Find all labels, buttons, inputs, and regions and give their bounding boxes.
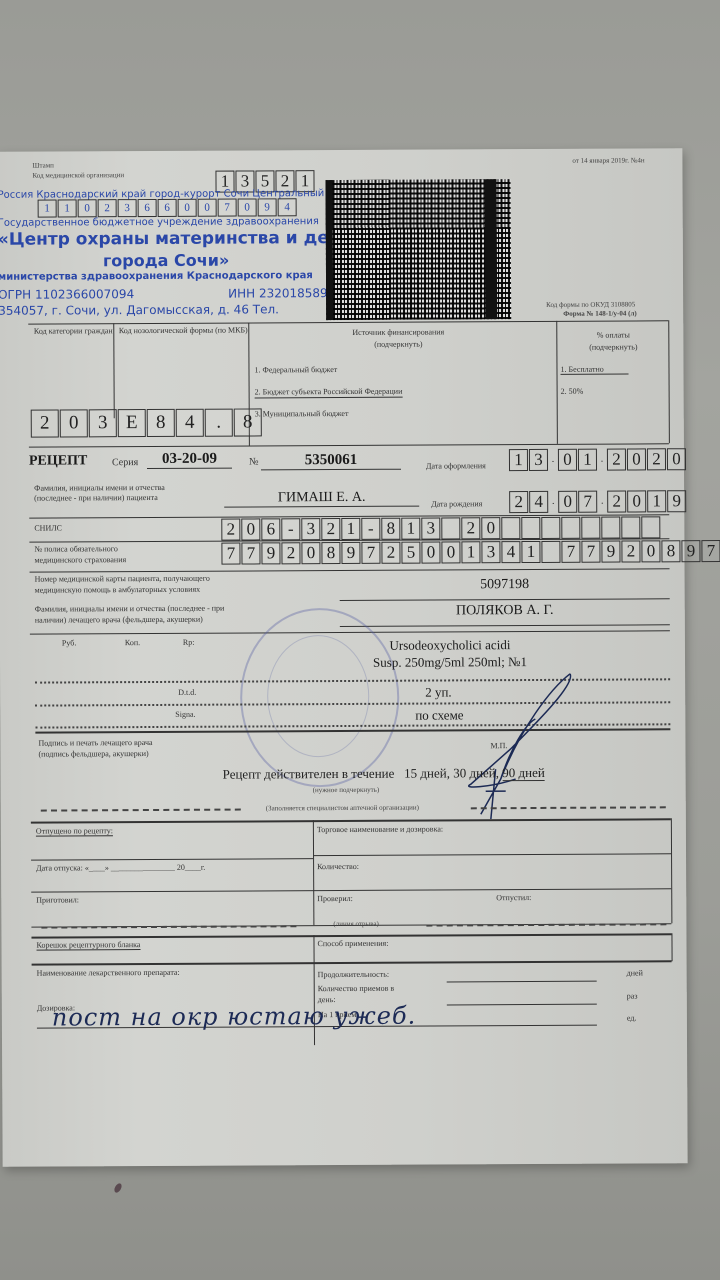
snils-digit <box>601 517 620 539</box>
policy-digit: 1 <box>521 541 540 563</box>
ogrn-digit: 0 <box>178 199 197 217</box>
card-label-1: Номер медицинской карты пациента, получа… <box>35 574 210 584</box>
cut-line-label: (линия отрыва) <box>333 920 378 928</box>
date-digit: 3 <box>529 449 548 471</box>
snils-digit: 8 <box>381 518 400 540</box>
policy-digit: 7 <box>241 542 260 564</box>
policy-digit: 2 <box>381 542 400 564</box>
patient-name: ГИМАШ Е. А. <box>224 490 419 508</box>
policy-cells: 779208972500134177920897 <box>221 540 720 565</box>
stamp-inn: ИНН 232018589 <box>228 286 328 301</box>
okud-code: Код формы по ОКУД 3108805 <box>546 300 635 308</box>
prepared-label: Приготовил: <box>36 895 79 904</box>
financing-subtitle: (подчеркнуть) <box>298 339 498 349</box>
code-digit: 3 <box>89 409 117 437</box>
snils-digit: 1 <box>401 518 420 540</box>
ogrn-digit: 0 <box>238 198 257 216</box>
date-digit: 1 <box>509 449 528 471</box>
patient-label-2: (последнее - при наличии) пациента <box>34 493 158 503</box>
code-digit: 8 <box>147 409 175 437</box>
dispense-date-label: Дата отпуска: «____» ________________ 20… <box>36 863 205 873</box>
number-label: № <box>249 456 259 467</box>
snils-digit <box>641 516 660 538</box>
rp-label: Rp: <box>183 638 195 647</box>
ogrn-digit: 6 <box>158 199 177 217</box>
stamp-ogrn: ОГРН 1102366007094 <box>0 287 134 302</box>
validity-label: Рецепт действителен в течение <box>223 766 395 782</box>
code-digit: . <box>205 409 233 437</box>
snils-digit <box>521 517 540 539</box>
policy-digit: 7 <box>701 540 720 562</box>
round-seal-stamp <box>240 608 400 788</box>
policy-digit: 2 <box>281 542 300 564</box>
patient-label-1: Фамилия, инициалы имени и отчества <box>34 483 165 493</box>
date-digit: 0 <box>558 449 577 471</box>
policy-digit <box>541 541 560 563</box>
payment-subtitle: (подчеркнуть) <box>563 342 663 352</box>
drug-name-label: Наименование лекарственного препарата: <box>37 968 180 978</box>
code-digit: 0 <box>60 409 88 437</box>
debris-spot <box>113 1182 123 1194</box>
signature-label-1: Подпись и печать лечащего врача <box>38 738 152 748</box>
financing-option-federal: 1. Федеральный бюджет <box>254 365 337 374</box>
doctor-label-1: Фамилия, инициалы имени и отчества (посл… <box>35 604 225 614</box>
snils-digit: 2 <box>321 518 340 540</box>
snils-label: СНИЛС <box>34 523 62 532</box>
snils-digit: 6 <box>261 518 280 540</box>
validity-option-30: 30 дней, <box>453 765 499 780</box>
date-digit: 2 <box>607 491 626 513</box>
policy-digit: 0 <box>641 540 660 562</box>
duration-unit: дней <box>627 968 643 977</box>
signa-label: Signa. <box>175 710 195 719</box>
policy-digit: 7 <box>221 543 240 565</box>
policy-digit: 7 <box>361 542 380 564</box>
policy-digit: 7 <box>581 541 600 563</box>
prescription-form: Штамп Код медицинской организации 1 3 5 … <box>0 148 688 1167</box>
financing-option-municipal: 3. Муниципальный бюджет <box>255 409 349 418</box>
snils-digit: 0 <box>481 517 500 539</box>
method-label: Способ применения: <box>317 939 388 948</box>
birth-date-cells: 2 4 . 0 7 . 2 0 1 9 <box>509 490 687 513</box>
per-dose-unit: ед. <box>627 1013 637 1022</box>
trade-name-label: Торговое наименование и дозировка: <box>317 824 443 834</box>
quantity-label: Количество: <box>317 862 359 871</box>
ogrn-digit: 6 <box>138 199 157 217</box>
checked-label: Проверил: <box>317 894 353 903</box>
validity-text: Рецепт действителен в течение 15 дней, 3… <box>223 765 545 783</box>
stamp-institution-type: Государственное бюджетное учреждение здр… <box>0 216 319 229</box>
policy-digit: 9 <box>681 540 700 562</box>
issue-date-cells: 1 3 . 0 1 . 2 0 2 0 <box>509 448 687 471</box>
prescription-title: РЕЦЕПТ <box>29 453 87 469</box>
policy-label-2: медицинского страхования <box>34 555 126 564</box>
snils-digit <box>581 517 600 539</box>
times-unit: раз <box>627 991 638 1000</box>
pharmacy-note: (Заполняется специалистом аптечной орган… <box>266 804 419 813</box>
date-digit: 9 <box>667 490 686 512</box>
code-cells: 2 0 3 E 8 4 . 8 <box>31 408 263 437</box>
policy-digit: 8 <box>321 542 340 564</box>
stamp-label: Штамп <box>32 162 54 170</box>
policy-digit: 4 <box>501 541 520 563</box>
number-value: 5350061 <box>261 452 401 471</box>
snils-digit: 2 <box>221 519 240 541</box>
snils-digit: - <box>361 518 380 540</box>
date-digit: 1 <box>578 449 597 471</box>
ogrn-digit: 3 <box>118 199 137 217</box>
order-reference: от 14 января 2019г. №4н <box>572 156 644 164</box>
code-digit: E <box>118 409 146 437</box>
doctor-label-2: наличии) лечащего врача (фельдшера, акуш… <box>35 615 203 625</box>
policy-label-1: № полиса обязательного <box>34 544 117 553</box>
policy-digit: 8 <box>661 540 680 562</box>
validity-note: (нужное подчеркнуть) <box>313 786 380 794</box>
kop-label: Коп. <box>125 638 140 647</box>
policy-digit: 9 <box>601 541 620 563</box>
stamp-ministry: министерства здравоохранения Краснодарск… <box>0 270 313 283</box>
datamatrix-barcode <box>326 179 512 320</box>
snils-digit: 1 <box>341 518 360 540</box>
payment-option-free: 1. Бесплатно <box>560 364 628 374</box>
snils-digit <box>621 516 640 538</box>
doctor-name: ПОЛЯКОВ А. Г. <box>340 602 670 627</box>
ogrn-digit: 9 <box>258 198 277 216</box>
policy-digit: 0 <box>301 542 320 564</box>
form-number: Форма № 148-1/у-04 (л) <box>563 309 637 317</box>
stamp-institution-name: «Центр охраны материнства и детства <box>0 228 381 250</box>
stamp-address: 354057, г. Сочи, ул. Дагомысская, д. 46 … <box>0 302 279 317</box>
doctor-signature <box>440 669 581 820</box>
card-label-2: медицинскую помощь в амбулаторных услови… <box>35 585 201 595</box>
handwritten-note: пост на окр юстаю ужеб. <box>52 1002 416 1032</box>
series-value: 03-20-09 <box>147 451 232 469</box>
policy-digit: 5 <box>401 542 420 564</box>
ogrn-digit: 1 <box>38 199 57 217</box>
series-label: Серия <box>112 457 138 468</box>
signature-label-2: (подпись фельдшера, акушерки) <box>38 749 148 759</box>
date-digit: 4 <box>529 491 548 513</box>
date-digit: 7 <box>578 491 597 513</box>
date-digit: 0 <box>627 448 646 470</box>
dispensed-label: Отпущено по рецепту: <box>36 826 113 836</box>
rub-label: Руб. <box>62 638 76 647</box>
card-number: 5097198 <box>340 576 670 601</box>
payment-title: % оплаты <box>563 330 663 340</box>
dtd-label: D.t.d. <box>178 688 196 697</box>
financing-title: Источник финансирования <box>298 327 498 337</box>
policy-digit: 9 <box>341 542 360 564</box>
snils-cells: 206-321-81320 <box>221 516 661 540</box>
drug-name: Ursodeoxycholici acidi <box>320 637 580 654</box>
policy-digit: 0 <box>421 541 440 563</box>
ogrn-digit: 4 <box>278 198 297 216</box>
code-digit: 2 <box>31 409 59 437</box>
ogrn-digit: 1 <box>58 199 77 217</box>
financing-option-regional: 2. Бюджет субъекта Российской Федерации <box>255 387 403 399</box>
nosology-code-label: Код нозологической формы (по МКБ) <box>118 325 248 335</box>
payment-option-50: 2. 50% <box>561 387 584 396</box>
date-digit: 2 <box>509 491 528 513</box>
ogrn-digit: 0 <box>78 199 97 217</box>
ogrn-digit: 2 <box>98 199 117 217</box>
issue-date-label: Дата оформления <box>426 461 486 470</box>
snils-digit: 3 <box>301 518 320 540</box>
times-label-1: Количество приемов в <box>318 984 394 993</box>
ogrn-digit: 7 <box>218 199 237 217</box>
stamp-city: города Сочи» <box>103 251 229 271</box>
validity-option-15: 15 дней, <box>404 765 450 780</box>
policy-digit: 0 <box>441 541 460 563</box>
ogrn-cells: 1 1 0 2 3 6 6 0 0 7 0 9 4 <box>38 198 298 217</box>
date-digit: 0 <box>558 491 577 513</box>
released-label: Отпустил: <box>496 893 531 902</box>
code-digit: 4 <box>176 409 204 437</box>
snils-digit: 0 <box>241 518 260 540</box>
category-code-label: Код категории граждан <box>33 326 113 335</box>
duration-label: Продолжительность: <box>318 970 389 979</box>
validity-option-90: 90 дней <box>502 765 545 781</box>
policy-digit: 2 <box>621 540 640 562</box>
policy-digit: 7 <box>561 541 580 563</box>
org-code-label: Код медицинской организации <box>32 171 124 179</box>
date-digit: 0 <box>667 448 686 470</box>
birth-date-label: Дата рождения <box>431 499 482 508</box>
snils-digit <box>441 517 460 539</box>
snils-digit: 3 <box>421 517 440 539</box>
date-digit: 2 <box>607 449 626 471</box>
policy-digit: 1 <box>461 541 480 563</box>
date-digit: 0 <box>627 490 646 512</box>
stub-title: Корешок рецептурного бланка <box>36 940 140 951</box>
snils-digit <box>501 517 520 539</box>
date-digit: 2 <box>647 448 666 470</box>
snils-digit <box>561 517 580 539</box>
policy-digit: 9 <box>261 542 280 564</box>
snils-digit <box>541 517 560 539</box>
snils-digit: 2 <box>461 517 480 539</box>
date-digit: 1 <box>647 490 666 512</box>
policy-digit: 3 <box>481 541 500 563</box>
snils-digit: - <box>281 518 300 540</box>
ogrn-digit: 0 <box>198 199 217 217</box>
